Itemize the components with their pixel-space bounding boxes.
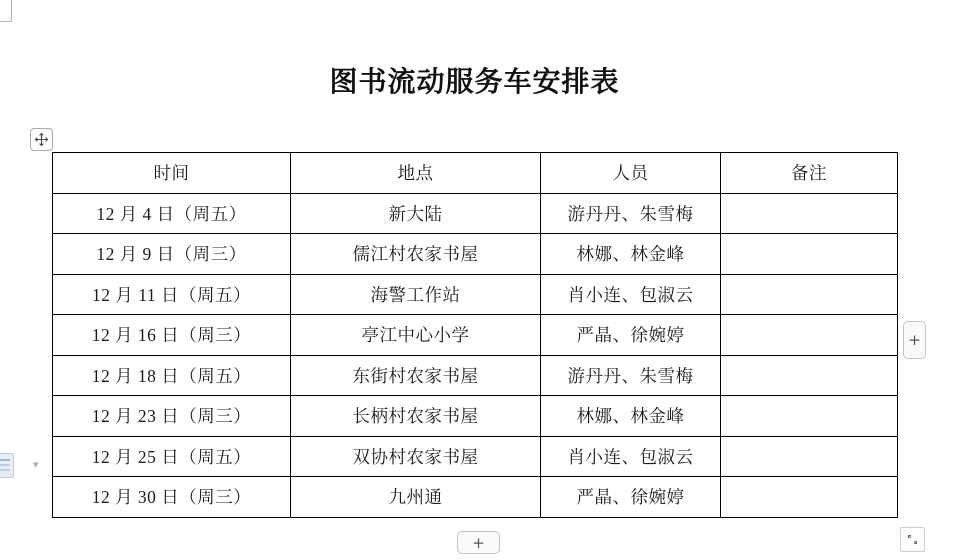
move-icon	[34, 132, 49, 147]
plus-icon: +	[472, 534, 485, 552]
table-move-handle[interactable]	[30, 128, 53, 151]
table-row: 12 月 11 日（周五） 海警工作站 肖小连、包淑云	[53, 274, 898, 315]
table-cell-personnel[interactable]: 肖小连、包淑云	[541, 436, 721, 477]
resize-diagonal-icon	[905, 532, 920, 547]
table-cell-time[interactable]: 12 月 11 日（周五）	[53, 274, 291, 315]
table-cell-remarks[interactable]	[721, 477, 898, 518]
table-cell-location[interactable]: 儒江村农家书屋	[291, 234, 541, 275]
table-cell-time[interactable]: 12 月 30 日（周三）	[53, 477, 291, 518]
table-cell-remarks[interactable]	[721, 315, 898, 356]
add-column-button[interactable]: +	[903, 321, 926, 359]
plus-icon: +	[908, 331, 921, 349]
table-cell-time[interactable]: 12 月 9 日（周三）	[53, 234, 291, 275]
table-cell-time[interactable]: 12 月 4 日（周五）	[53, 193, 291, 234]
table-cell-location[interactable]: 东街村农家书屋	[291, 355, 541, 396]
table-header-row: 时间 地点 人员 备注	[53, 153, 898, 194]
table-row: 12 月 4 日（周五） 新大陆 游丹丹、朱雪梅	[53, 193, 898, 234]
table-cell-location[interactable]: 海警工作站	[291, 274, 541, 315]
table-cell-remarks[interactable]	[721, 193, 898, 234]
table-row: 12 月 25 日（周五） 双协村农家书屋 肖小连、包淑云	[53, 436, 898, 477]
header-remarks[interactable]: 备注	[721, 153, 898, 194]
table-cell-location[interactable]: 双协村农家书屋	[291, 436, 541, 477]
table-row: 12 月 23 日（周三） 长柄村农家书屋 林娜、林金峰	[53, 396, 898, 437]
table-cell-personnel[interactable]: 严晶、徐婉婷	[541, 315, 721, 356]
table-cell-remarks[interactable]	[721, 396, 898, 437]
add-row-button[interactable]: +	[457, 531, 500, 554]
header-personnel[interactable]: 人员	[541, 153, 721, 194]
table-cell-time[interactable]: 12 月 18 日（周五）	[53, 355, 291, 396]
table-row: 12 月 16 日（周三） 亭江中心小学 严晶、徐婉婷	[53, 315, 898, 356]
page-margin-corner-mark	[0, 0, 12, 22]
table-cell-remarks[interactable]	[721, 436, 898, 477]
paste-options-icon[interactable]	[0, 453, 14, 478]
table-cell-personnel[interactable]: 林娜、林金峰	[541, 234, 721, 275]
schedule-table: 时间 地点 人员 备注 12 月 4 日（周五） 新大陆 游丹丹、朱雪梅 12 …	[52, 152, 898, 518]
table-cell-time[interactable]: 12 月 25 日（周五）	[53, 436, 291, 477]
table-cell-location[interactable]: 九州通	[291, 477, 541, 518]
table-row: 12 月 30 日（周三） 九州通 严晶、徐婉婷	[53, 477, 898, 518]
table-cell-personnel[interactable]: 肖小连、包淑云	[541, 274, 721, 315]
table-row: 12 月 9 日（周三） 儒江村农家书屋 林娜、林金峰	[53, 234, 898, 275]
chevron-down-icon[interactable]: ▾	[33, 458, 39, 471]
table-cell-remarks[interactable]	[721, 355, 898, 396]
table-cell-location[interactable]: 长柄村农家书屋	[291, 396, 541, 437]
document-title: 图书流动服务车安排表	[52, 60, 897, 100]
header-time[interactable]: 时间	[53, 153, 291, 194]
table-cell-personnel[interactable]: 林娜、林金峰	[541, 396, 721, 437]
header-location[interactable]: 地点	[291, 153, 541, 194]
table-cell-personnel[interactable]: 严晶、徐婉婷	[541, 477, 721, 518]
table-cell-location[interactable]: 亭江中心小学	[291, 315, 541, 356]
table-cell-location[interactable]: 新大陆	[291, 193, 541, 234]
table-row: 12 月 18 日（周五） 东街村农家书屋 游丹丹、朱雪梅	[53, 355, 898, 396]
table-resize-handle[interactable]	[900, 527, 925, 552]
table-cell-remarks[interactable]	[721, 234, 898, 275]
table-cell-personnel[interactable]: 游丹丹、朱雪梅	[541, 193, 721, 234]
table-cell-personnel[interactable]: 游丹丹、朱雪梅	[541, 355, 721, 396]
table-cell-time[interactable]: 12 月 23 日（周三）	[53, 396, 291, 437]
table-cell-remarks[interactable]	[721, 274, 898, 315]
table-cell-time[interactable]: 12 月 16 日（周三）	[53, 315, 291, 356]
